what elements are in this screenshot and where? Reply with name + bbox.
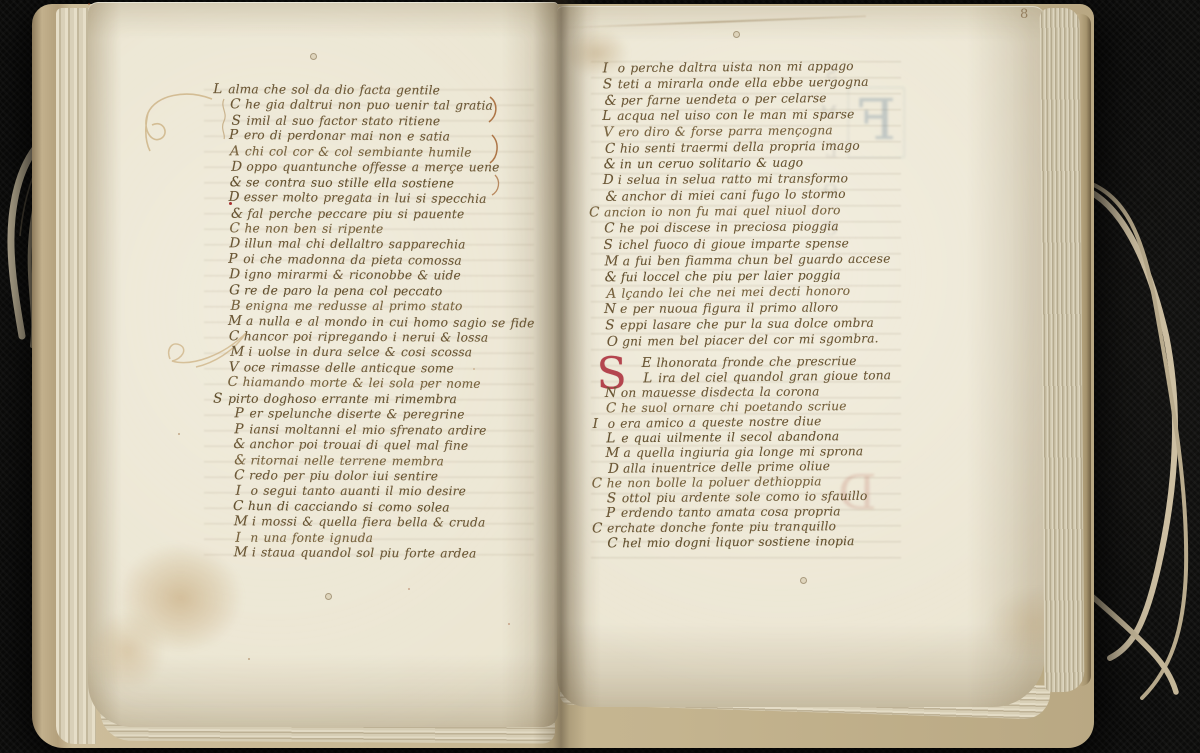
verse-initial: C: [605, 141, 616, 157]
verse-text: ritornai nelle terrene membra: [251, 453, 444, 468]
verse-initial: S: [603, 76, 614, 92]
verse-initial: P: [234, 406, 245, 422]
verse-text: lçando lei che nei mei decti honoro: [621, 283, 850, 300]
verse-line: Sichel fuoco di gioue imparte spense: [588, 234, 908, 252]
verse-initial: S: [607, 491, 618, 506]
verse-text: hancor poi ripregando i nerui & lossa: [244, 329, 488, 344]
verse-text: re de paro la pena col peccato: [244, 283, 442, 298]
verse-initial: C: [229, 221, 240, 237]
verse-text: i staua quandol sol piu forte ardea: [252, 545, 477, 560]
verse-line: Chel mio dogni liquor sostiene inopia: [592, 533, 912, 551]
manuscript-photo: Lalma che sol da dio facta gentileChe gi…: [0, 0, 1200, 753]
verse-initial: C: [234, 468, 245, 484]
verse-initial: C: [604, 221, 615, 237]
verse-text: ancion io non fu mai quel niuol doro: [604, 204, 841, 220]
verse-initial: P: [229, 128, 240, 144]
verse-text: alla inuentrice delle prime oliue: [623, 459, 830, 476]
verse-initial: D: [229, 190, 240, 206]
verse-text: ero di perdonar mai non e satia: [244, 128, 450, 144]
verse-text: ira del ciel quandol gran gioue tona: [658, 368, 891, 385]
verse-text: i uolse in dura selce & cosi scossa: [248, 345, 472, 359]
verse-line: Che gia daltrui non puo uenir tal gratia: [203, 98, 543, 115]
verse-line: Chiamando morte & lei sola per nome: [201, 375, 541, 393]
verse-line: Credo per piu dolor iui sentire: [201, 468, 541, 485]
verse-initial: L: [602, 108, 613, 124]
verse-text: enigna me redusse al primo stato: [246, 299, 463, 313]
verse-line: Ne per nuoua figura il primo alloro: [589, 299, 909, 317]
verse-line: Io segui tanto auanti il mio desire: [203, 484, 543, 500]
verse-line: Ma nulla e al mondo in cui homo sagio se…: [201, 313, 541, 331]
verse-text: he poi discese in preciosa pioggia: [619, 220, 839, 236]
verse-line: Mi uolse in dura selce & cosi scossa: [203, 345, 543, 361]
pinhole: [800, 577, 807, 584]
verse-text: anchor poi trouai di quel mal fine: [250, 437, 469, 453]
verse-text: hun di cacciando si como solea: [248, 499, 450, 515]
verse-initial: &: [234, 453, 246, 469]
verse-line: Spirto doghoso errante mi rimembra: [203, 391, 543, 407]
verse-initial: M: [605, 446, 619, 461]
verse-text: teti a mirarla onde ella ebbe uergogna: [618, 75, 869, 91]
verse-line: Che poi discese in preciosa pioggia: [589, 218, 909, 237]
verse-line: Chancor poi ripregando i nerui & lossa: [202, 329, 542, 346]
verse-initial: I: [603, 60, 614, 76]
verse-line: &ritornai nelle terrene membra: [201, 453, 541, 470]
verse-text: e quai uilmente il secol abandona: [621, 429, 839, 445]
verse-line: Achi col cor & col sembiante humile: [203, 144, 543, 161]
verse-text: hiamando morte & lei sola per nome: [243, 375, 481, 391]
verse-initial: &: [604, 93, 616, 109]
verse-initial: G: [229, 283, 240, 299]
canzone-end-stanzas: Io perche daltra uista non mi appagoStet…: [588, 57, 911, 349]
verse-initial: L: [213, 82, 224, 98]
page-stain: [88, 611, 166, 691]
verse-text: he non bolle la poluer dethioppia: [607, 474, 822, 490]
verse-initial: M: [230, 345, 244, 360]
verse-initial: M: [604, 253, 618, 269]
verse-initial: L: [606, 431, 617, 446]
verse-text: oi che madonna da pieta comossa: [243, 252, 462, 268]
verse-initial: C: [589, 205, 600, 221]
verse-text: i mossi & quella fiera bella & cruda: [252, 515, 485, 530]
verse-initial: D: [603, 172, 614, 188]
verse-initial: S: [603, 236, 614, 252]
verse-line: &fal perche peccare piu si pauente: [204, 206, 544, 222]
verse-text: erdendo tanto amata cosa propria: [621, 504, 841, 520]
verse-line: Lacqua nel uiso con le man mi sparse: [587, 106, 907, 124]
verse-initial: M: [234, 515, 248, 531]
verse-line: Gre de paro la pena col peccato: [202, 283, 542, 300]
verse-text: in un ceruo solitario & uago: [620, 156, 803, 172]
verse-initial: C: [229, 329, 240, 345]
verse-initial: I: [235, 530, 246, 545]
verse-text: o perche daltra uista non mi appago: [618, 59, 854, 75]
verse-text: fui loccel che piu per laier poggia: [621, 268, 841, 284]
verse-text: se contra suo stille ella sostiene: [246, 175, 454, 190]
verse-initial: D: [229, 237, 240, 253]
verse-initial: C: [233, 499, 244, 515]
verse-text: ottol piu ardente sole como io sfauillo: [622, 489, 868, 505]
verse-initial: C: [606, 401, 617, 416]
verse-initial: M: [234, 545, 248, 561]
verse-text: eppi lasare che pur la sua dolce ombra: [620, 316, 874, 332]
verse-initial: M: [228, 313, 242, 329]
verse-initial: O: [607, 333, 619, 349]
verse-text: fal perche peccare piu si pauente: [247, 206, 464, 220]
verse-initial: V: [603, 124, 614, 140]
verse-text: o era amico a queste nostre diue: [608, 414, 822, 431]
verse-line: Doppo quantunche offesse a merçe uene: [204, 160, 544, 176]
verse-text: imil al suo factor stato ritiene: [247, 114, 441, 128]
right-page: F S M L O C D 8 Io perche daltra uista n…: [557, 6, 1045, 707]
verse-text: igno mirarmi & riconobbe & uide: [244, 268, 461, 283]
verse-line: Benigna me redusse al primo stato: [204, 299, 544, 315]
verse-text: hel mio dogni liquor sostiene inopia: [622, 534, 854, 550]
verse-text: anchor di miei cani fugo lo stormo: [622, 187, 846, 204]
verse-text: acqua nel uiso con le man mi sparse: [617, 107, 854, 123]
verse-text: redo per piu dolor iui sentire: [249, 468, 438, 483]
verse-initial: I: [593, 417, 604, 432]
verse-initial: P: [228, 252, 239, 268]
verse-initial: L: [643, 371, 654, 386]
verse-line: Mi staua quandol sol piu forte ardea: [201, 545, 541, 562]
verse-line: In una fonte ignuda: [202, 530, 542, 546]
verse-text: hio senti traermi della propria imago: [620, 139, 860, 156]
verse-text: chi col cor & col sembiante humile: [245, 144, 472, 159]
verse-initial: N: [605, 386, 617, 401]
verse-text: lhonorata fronde che prescriue: [656, 354, 856, 370]
verse-text: n una fonte ignuda: [250, 530, 373, 544]
gutter-shadow: [533, 0, 587, 748]
pinhole: [325, 593, 332, 600]
verse-text: i selua in selua ratto mi transformo: [618, 172, 848, 188]
verse-text: a nulla e al mondo in cui homo sagio se …: [246, 314, 535, 330]
verse-text: illun mal chi dellaltro sapparechia: [244, 237, 465, 252]
verse-text: oce rimasse delle anticque some: [244, 360, 454, 375]
verse-initial: D: [231, 160, 242, 175]
verse-initial: D: [608, 462, 619, 477]
verse-text: pirto doghoso errante mi rimembra: [228, 391, 457, 405]
verse-initial: &: [605, 269, 617, 285]
fore-edge-pages: [1040, 8, 1085, 692]
verse-text: he gia daltrui non puo uenir tal gratia: [245, 98, 493, 113]
sonnet-se-lhonorata: S Elhonorata fronde che prescriueLira de…: [590, 353, 912, 551]
pinhole: [310, 53, 317, 60]
verse-line: Perdendo tanto amata cosa propria: [591, 504, 911, 521]
verse-line: &anchor poi trouai di quel mal fine: [200, 437, 540, 455]
verse-text: esser molto pregata in lui si specchia: [244, 190, 487, 206]
verse-text: er spelunche diserte & peregrine: [249, 407, 464, 422]
verse-line: Chun di cacciando si como solea: [200, 498, 540, 516]
verse-text: ichel fuoco di gioue imparte spense: [618, 236, 849, 252]
top-edge-crease: [566, 15, 866, 29]
left-page-text: Lalma che sol da dio facta gentileChe gi…: [201, 82, 544, 562]
verse-line: Poi che madonna da pieta comossa: [201, 252, 541, 270]
verse-initial: C: [592, 521, 603, 536]
verse-text: oppo quantunche offesse a merçe uene: [246, 160, 499, 175]
verse-line: Desser molto pregata in lui si specchia: [202, 190, 542, 208]
verse-text: iansi moltanni el mio sfrenato ardire: [249, 422, 486, 437]
verse-initial: S: [605, 317, 616, 333]
folio-number: 8: [1020, 7, 1028, 22]
verse-initial: S: [213, 391, 224, 406]
verse-text: on mauesse disdecta la corona: [621, 384, 820, 399]
verse-text: alma che sol da dio facta gentile: [228, 82, 440, 97]
verse-text: he non ben si ripente: [244, 221, 383, 236]
verse-initial: N: [604, 301, 616, 317]
right-page-text: Io perche daltra uista non mi appagoStet…: [588, 57, 913, 551]
foxing-speckles: [88, 3, 90, 5]
verse-initial: C: [230, 98, 241, 114]
verse-initial: C: [228, 375, 239, 391]
verse-initial: C: [607, 536, 618, 551]
verse-initial: D: [229, 268, 240, 284]
verse-initial: &: [231, 206, 243, 221]
left-page: Lalma che sol da dio facta gentileChe gi…: [88, 2, 558, 727]
verse-line: Digno mirarmi & riconobbe & uide: [202, 267, 542, 284]
verse-initial: A: [606, 285, 617, 301]
pinhole: [733, 31, 740, 38]
verse-initial: E: [641, 356, 652, 371]
verse-text: a quella ingiuria gia longe mi sprona: [623, 444, 863, 460]
verse-line: Ma fui ben fiamma chun bel guardo accese: [589, 250, 909, 269]
verse-initial: &: [605, 189, 617, 205]
verse-line: Non mauesse disdecta la corona: [590, 384, 910, 401]
verse-text: e per nuoua figura il primo alloro: [620, 300, 838, 316]
verse-text: per farne uendeta o per celarse: [621, 91, 827, 108]
verse-text: ero diro & forse parra mençogna: [618, 123, 833, 139]
verse-text: he suol ornare chi poetando scriue: [621, 399, 847, 415]
verse-text: erchate donche fonte piu tranquillo: [607, 519, 836, 535]
verse-line: Mi mossi & quella fiera bella & cruda: [201, 514, 541, 531]
verse-line: Per spelunche diserte & peregrine: [201, 406, 541, 423]
verse-text: gni men bel piacer del cor mi sgombra.: [622, 331, 879, 348]
verse-initial: &: [233, 437, 245, 453]
verse-initial: &: [604, 157, 616, 173]
verse-text: o segui tanto auanti il mio desire: [251, 484, 466, 498]
verse-initial: C: [592, 476, 603, 491]
verse-line: Ogni men bel piacer del cor mi sgombra.: [592, 330, 912, 350]
verse-initial: P: [606, 506, 617, 521]
verse-line: Pero di perdonar mai non e satia: [202, 128, 542, 146]
verse-text: a fui ben fiamma chun bel guardo accese: [623, 251, 891, 268]
verse-initial: A: [230, 144, 241, 160]
